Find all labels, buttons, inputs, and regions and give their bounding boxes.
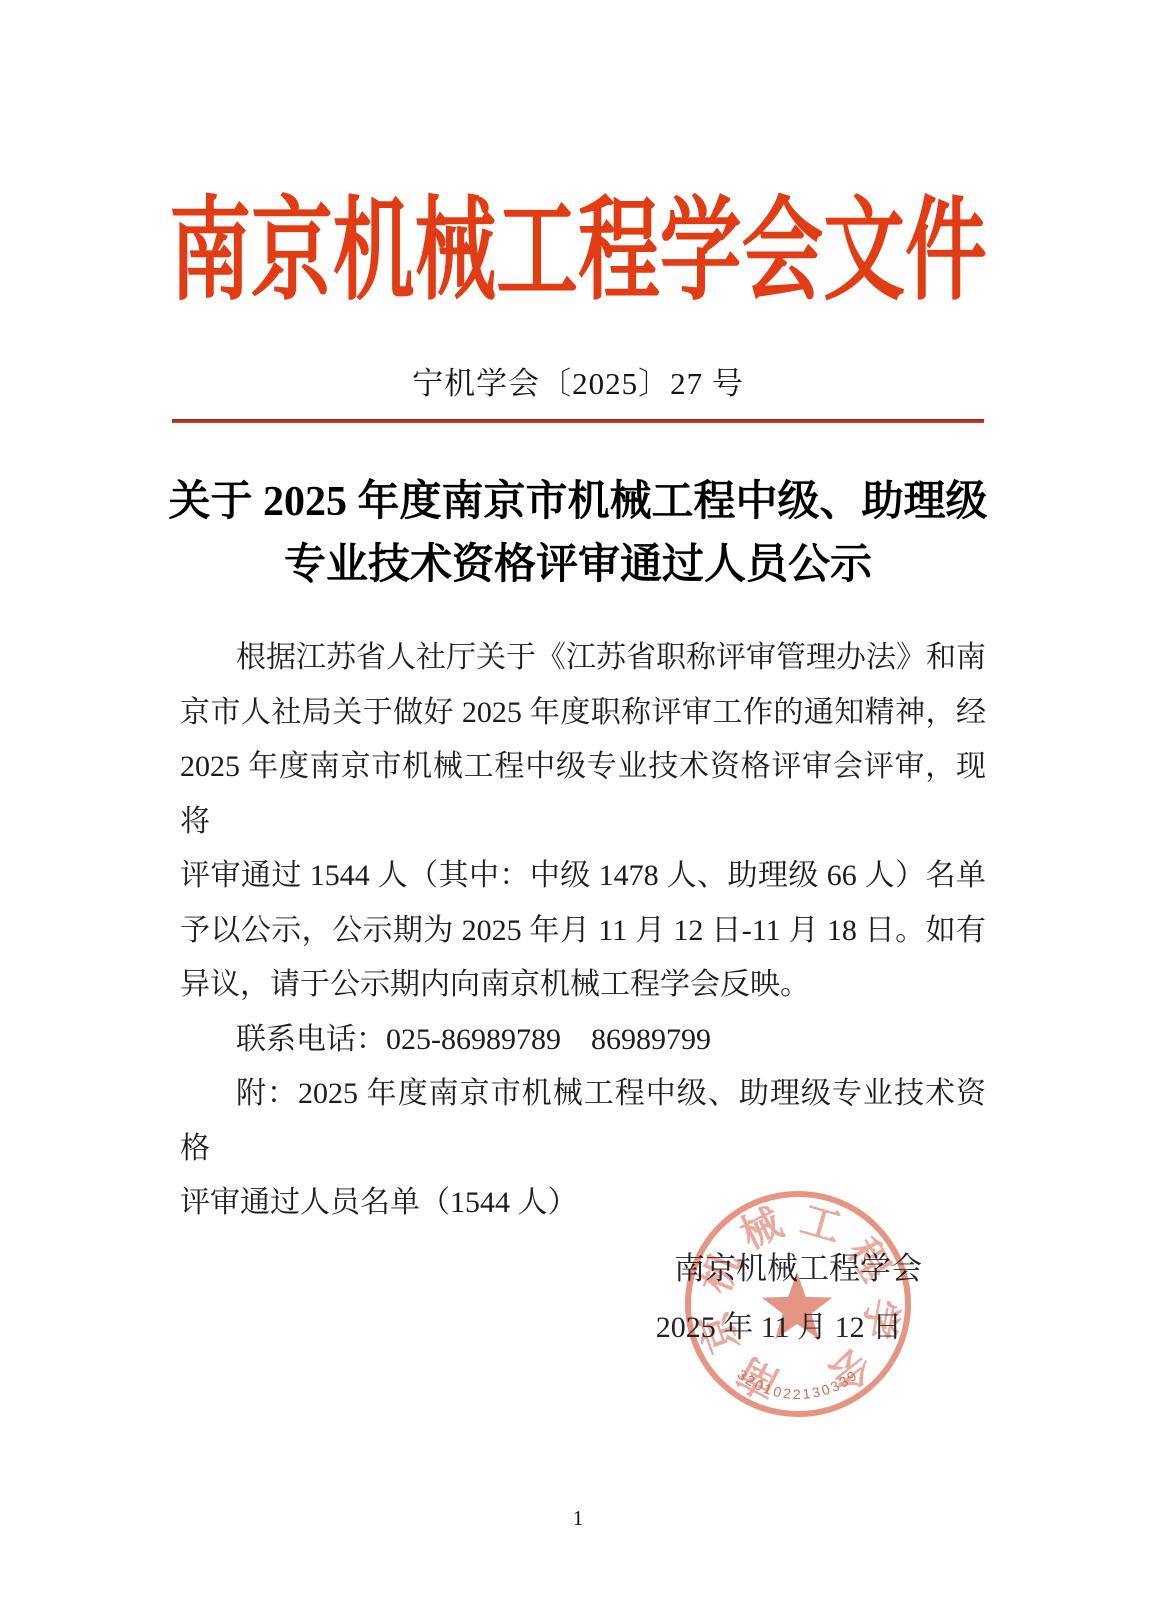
red-masthead: 南京机械工程学会文件 — [0, 196, 1156, 308]
body-line: 联系电话：025-86989789 86989799 — [180, 1013, 986, 1068]
document-number: 宁机学会〔2025〕27 号 — [0, 358, 1156, 403]
document-title-line1: 关于 2025 年度南京市机械工程中级、助理级 — [0, 471, 1156, 534]
official-document-page: 南京机械工程学会文件 宁机学会〔2025〕27 号 关于 2025 年度南京市机… — [0, 0, 1156, 1615]
document-title-line2: 专业技术资格评审通过人员公示 — [0, 534, 1156, 597]
body-line: 予以公示，公示期为 2025 年月 11 月 12 日-11 月 18 日。如有 — [180, 904, 986, 959]
body-line: 根据江苏省人社厅关于《江苏省职称评审管理办法》和南 — [180, 631, 986, 686]
signature-org-name: 南京机械工程学会 — [672, 1243, 924, 1288]
body-line: 异议，请于公示期内向南京机械工程学会反映。 — [180, 958, 986, 1013]
page-number: 1 — [0, 1506, 1156, 1531]
red-divider-line — [172, 419, 984, 423]
body-line: 评审通过 1544 人（其中：中级 1478 人、助理级 66 人）名单 — [180, 849, 986, 904]
document-body: 根据江苏省人社厅关于《江苏省职称评审管理办法》和南京市人社局关于做好 2025 … — [180, 631, 986, 1231]
body-line: 2025 年度南京市机械工程中级专业技术资格评审会评审，现将 — [180, 740, 986, 849]
masthead-text: 南京机械工程学会文件 — [169, 196, 987, 308]
signature-date: 2025 年 11 月 12 日 — [599, 1302, 959, 1346]
document-title: 关于 2025 年度南京市机械工程中级、助理级 专业技术资格评审通过人员公示 — [0, 471, 1156, 597]
body-line: 京市人社局关于做好 2025 年度职称评审工作的通知精神，经 — [180, 686, 986, 741]
body-line: 附：2025 年度南京市机械工程中级、助理级专业技术资格 — [180, 1067, 986, 1176]
